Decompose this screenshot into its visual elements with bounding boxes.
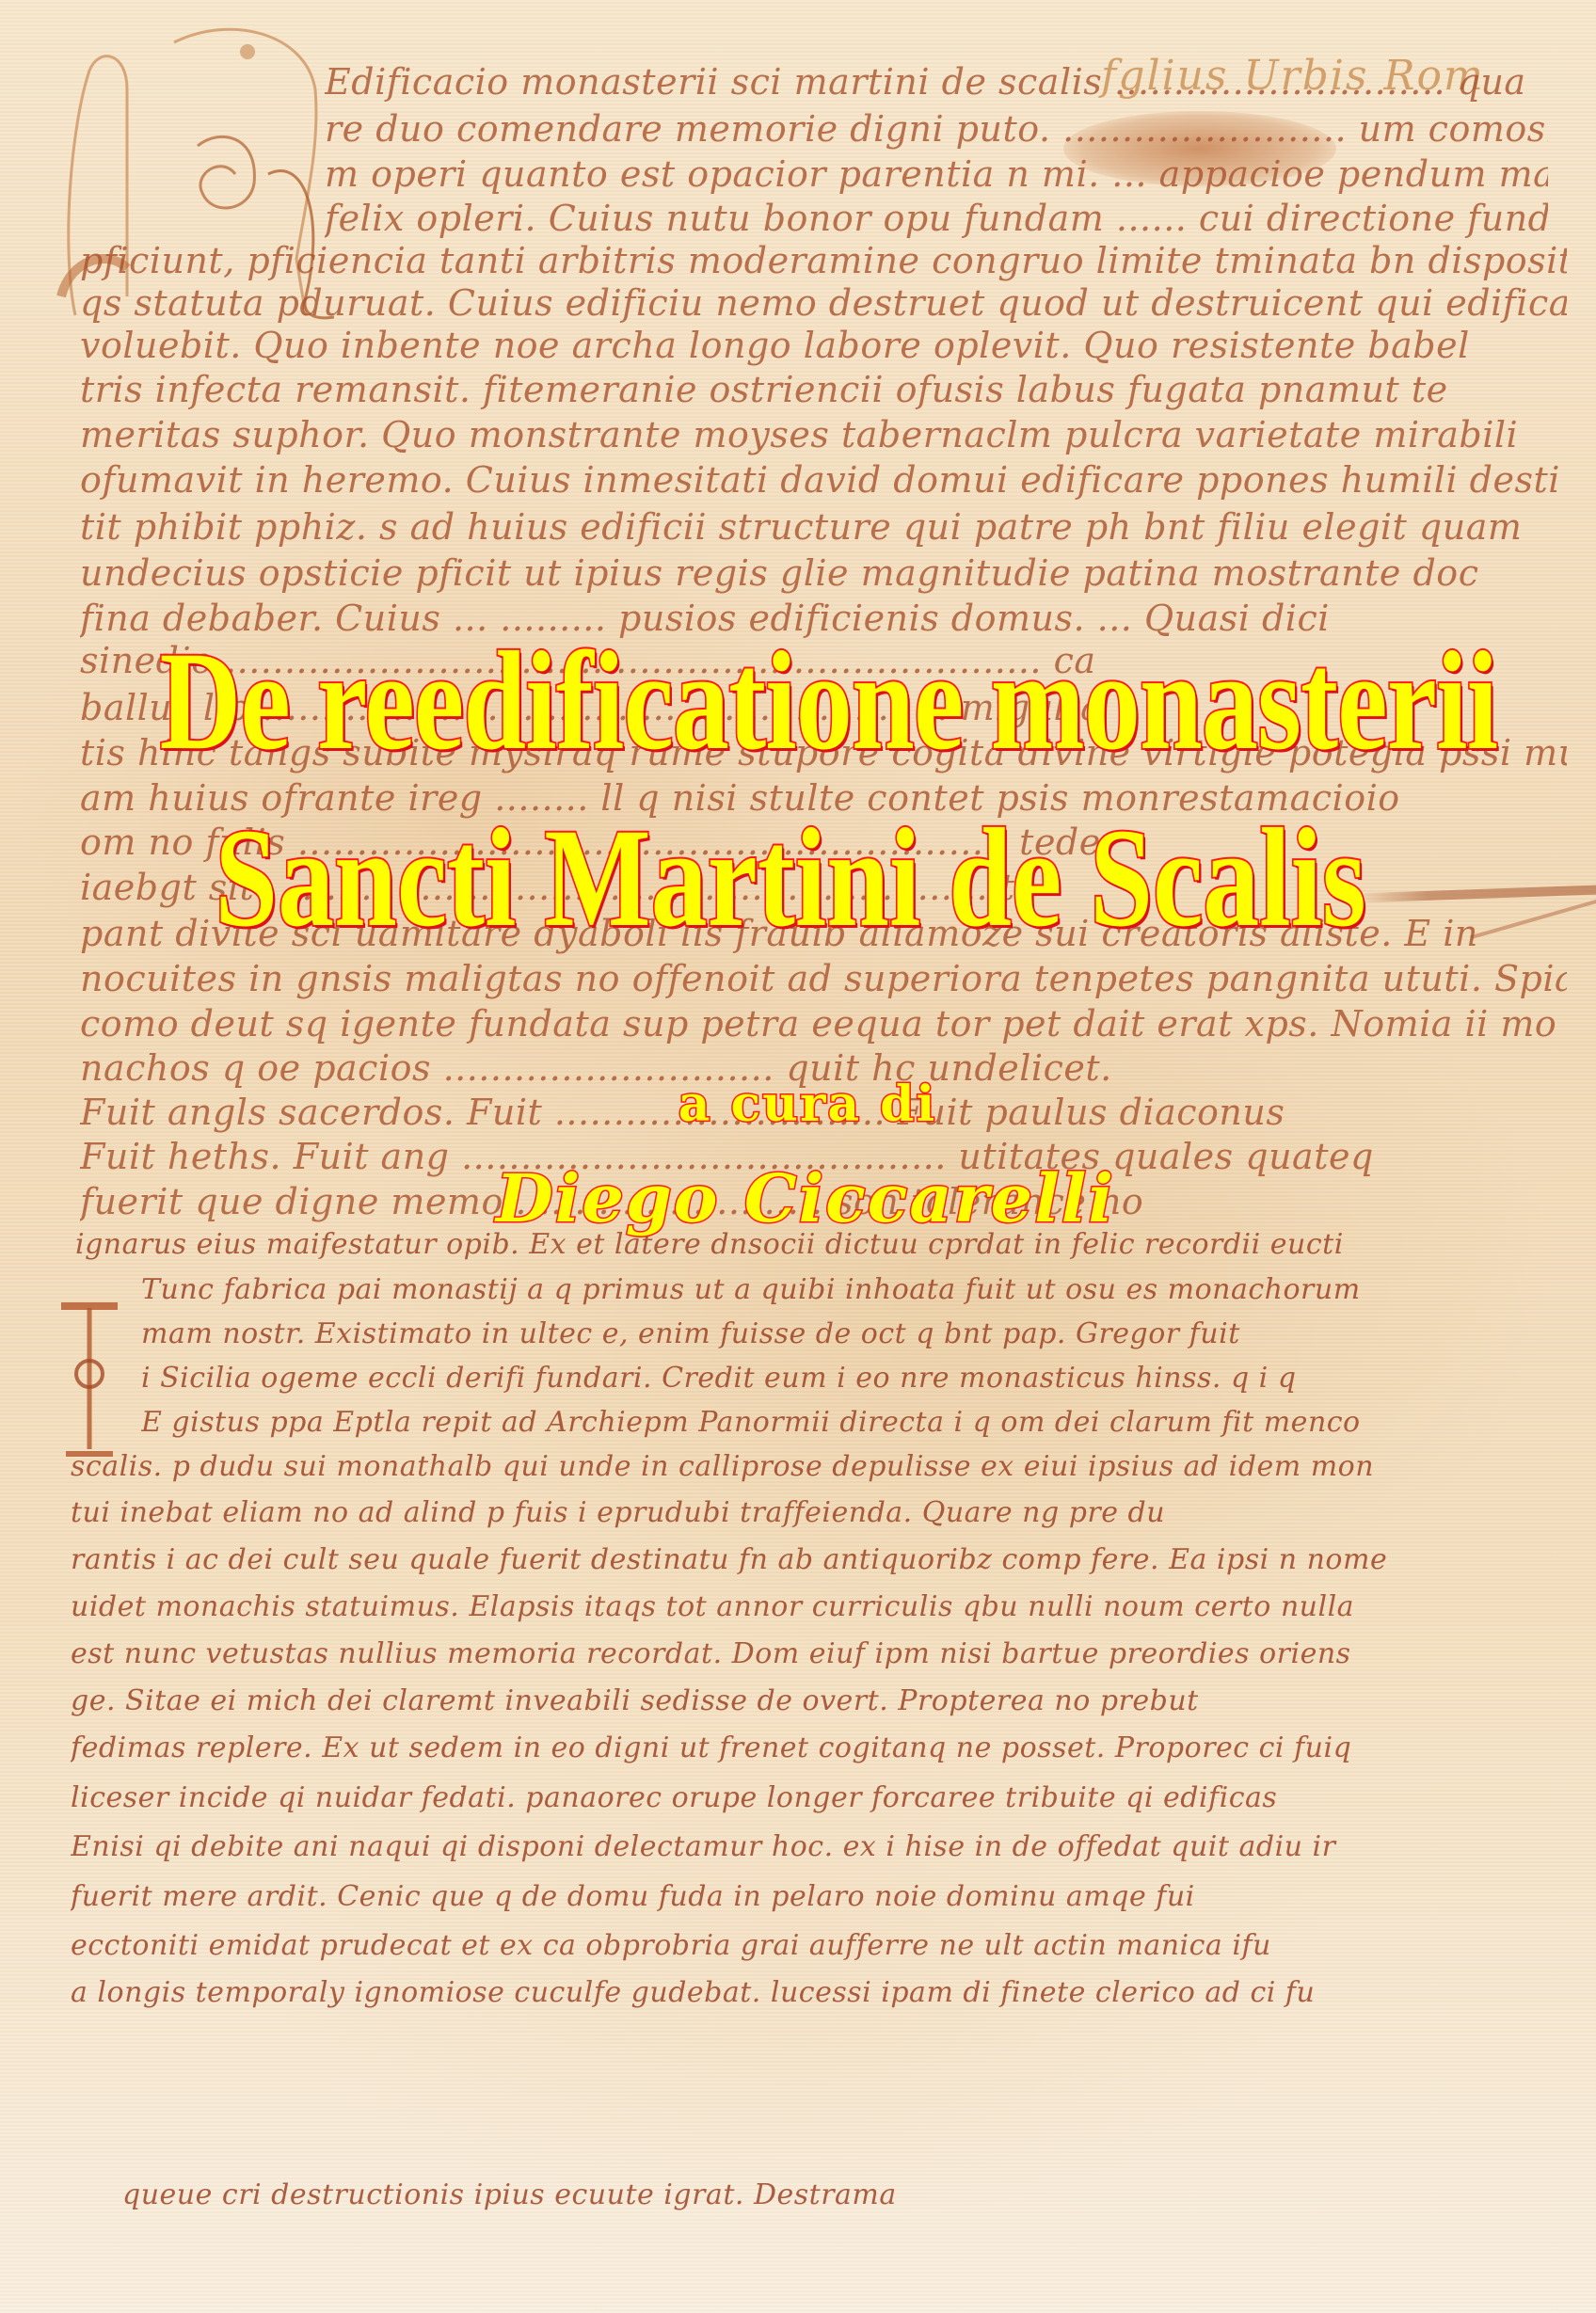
manuscript-line: como deut sq igente fundata sup petra ee… — [80, 1003, 1567, 1045]
manuscript-line: liceser incide qi nuidar fedati. panaore… — [71, 1781, 1576, 1814]
manuscript-line: ge. Sitae ei mich dei claremt inveabili … — [71, 1684, 1576, 1717]
editor-label: a cura di — [0, 1075, 1596, 1135]
manuscript-line: tit phibit pphiz. s ad huius edificii st… — [80, 506, 1567, 548]
manuscript-line: meritas suphor. Quo monstrante moyses ta… — [80, 414, 1567, 455]
book-cover: fglius Urbis Rom Edificacio monasterii s… — [0, 0, 1596, 2313]
manuscript-line: tui inebat eliam no ad alind p fuis i ep… — [71, 1496, 1576, 1529]
book-title-line-2: Sancti Martini de Scalis — [152, 798, 1429, 958]
manuscript-line: a longis temporaly ignomiose cuculfe gud… — [71, 1976, 1576, 2009]
editor-name: Diego Ciccarelli — [8, 1159, 1596, 1238]
manuscript-line: re duo comendare memorie digni puto. ...… — [325, 108, 1548, 150]
manuscript-closing-line: queue cri destructionis ipius ecuute igr… — [122, 2178, 969, 2211]
manuscript-line: rantis i ac dei cult seu quale fuerit de… — [71, 1543, 1576, 1576]
manuscript-line: undecius opsticie pficit ut ipius regis … — [80, 552, 1567, 594]
manuscript-line: qs statuta pduruat. Cuius edificiu nemo … — [80, 282, 1567, 324]
manuscript-line: Enisi qi debite ani naqui qi disponi del… — [71, 1830, 1576, 1863]
manuscript-line: pficiunt, pficiencia tanti arbitris mode… — [80, 240, 1567, 281]
manuscript-line: m operi quanto est opacior parentia n mi… — [325, 153, 1548, 195]
manuscript-line: scalis. p dudu sui monathalb qui unde in… — [71, 1450, 1576, 1483]
manuscript-line: tris infecta remansit. fitemeranie ostri… — [80, 369, 1567, 410]
manuscript-line: mam nostr. Existimato in ultec e, enim f… — [141, 1317, 1581, 1350]
manuscript-line: ofumavit in heremo. Cuius inmesitati dav… — [80, 459, 1567, 501]
book-title-line-1: De reedificatione monasterii — [160, 621, 1437, 781]
manuscript-line: fuerit mere ardit. Cenic que q de domu f… — [71, 1880, 1576, 1913]
manuscript-line: E gistus ppa Eptla repit ad Archiepm Pan… — [141, 1406, 1581, 1439]
manuscript-line: uidet monachis statuimus. Elapsis itaqs … — [71, 1590, 1576, 1623]
manuscript-line: felix opleri. Cuius nutu bonor opu funda… — [325, 198, 1548, 239]
manuscript-line: Tunc fabrica pai monastij a q primus ut … — [141, 1273, 1581, 1306]
manuscript-line: fedimas replere. Ex ut sedem in eo digni… — [71, 1731, 1576, 1764]
manuscript-line: est nunc vetustas nullius memoria record… — [71, 1637, 1576, 1670]
manuscript-line: i Sicilia ogeme eccli derifi fundari. Cr… — [141, 1362, 1581, 1395]
manuscript-line: ecctoniti emidat prudecat et ex ca obpro… — [71, 1929, 1576, 1962]
manuscript-line: Edificacio monasterii sci martini de sca… — [325, 61, 1548, 103]
manuscript-line: voluebit. Quo inbente noe archa longo la… — [80, 325, 1567, 366]
manuscript-line: nocuites in gnsis maligtas no offenoit a… — [80, 958, 1567, 999]
manuscript-text: Edificacio monasterii sci martini de sca… — [0, 0, 1596, 2313]
